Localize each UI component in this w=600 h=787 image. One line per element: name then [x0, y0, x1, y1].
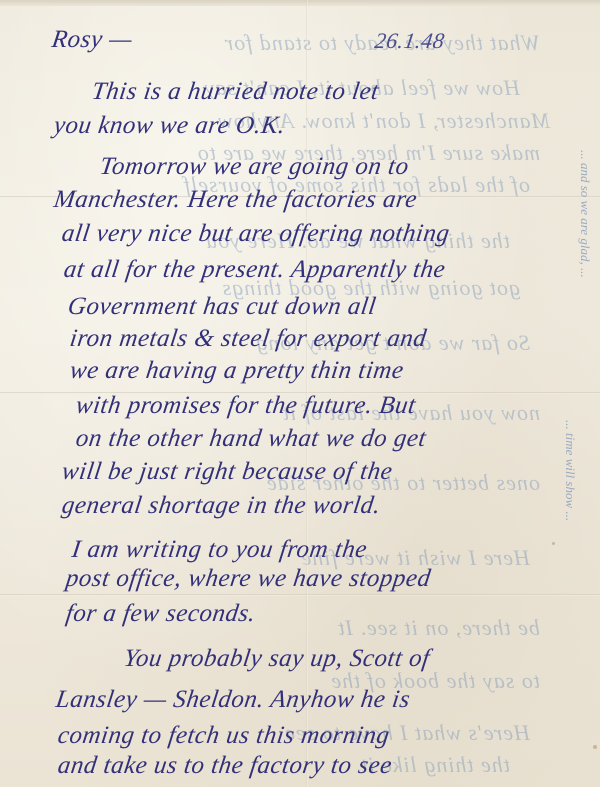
letter-line: Manchester. Here the factories are	[52, 186, 419, 214]
letter-line: Tomorrow we are going on to	[98, 153, 411, 181]
letter-line: You probably say up, Scott of	[122, 645, 432, 673]
letter-line: on the other hand what we do get	[74, 425, 428, 453]
letter-line: Government has cut down all	[66, 293, 378, 321]
paper-stain	[593, 745, 597, 749]
letter-line: you know we are O.K.	[52, 112, 287, 140]
letter-line: coming to fetch us this morning	[56, 722, 391, 750]
letter-date: 26.1.48	[373, 28, 446, 54]
margin-note: ... time will show ...	[562, 420, 578, 521]
letter-line: post office, where we have stopped	[64, 565, 433, 593]
paper-stain	[552, 542, 555, 545]
letter-line: Lansley — Sheldon. Anyhow he is	[54, 686, 412, 714]
letter-line: iron metals & steel for export and	[68, 325, 428, 353]
bleed-line: be there, on it see. It	[338, 615, 540, 641]
letter-line: at all for the present. Apparently the	[62, 256, 447, 284]
letter-line: for a few seconds.	[64, 600, 257, 628]
letter-line: we are having a pretty thin time	[68, 357, 405, 385]
margin-note: ... and so we are glad, ...	[577, 150, 593, 278]
letter-line: I am writing to you from the	[70, 536, 369, 564]
letter-line: all very nice but are offering nothing	[60, 220, 451, 248]
letter-line: will be just right because of the	[60, 458, 394, 486]
letter-line: general shortage in the world.	[60, 492, 382, 520]
letter-line: and take us to the factory to see	[56, 752, 394, 780]
salutation: Rosy —	[50, 26, 134, 54]
letter-page: What they are ready to stand for How we …	[0, 0, 600, 787]
letter-line: with promises for the future. But	[74, 392, 418, 420]
letter-line: This is a hurried note to let	[90, 78, 381, 106]
fold-line	[0, 594, 600, 596]
